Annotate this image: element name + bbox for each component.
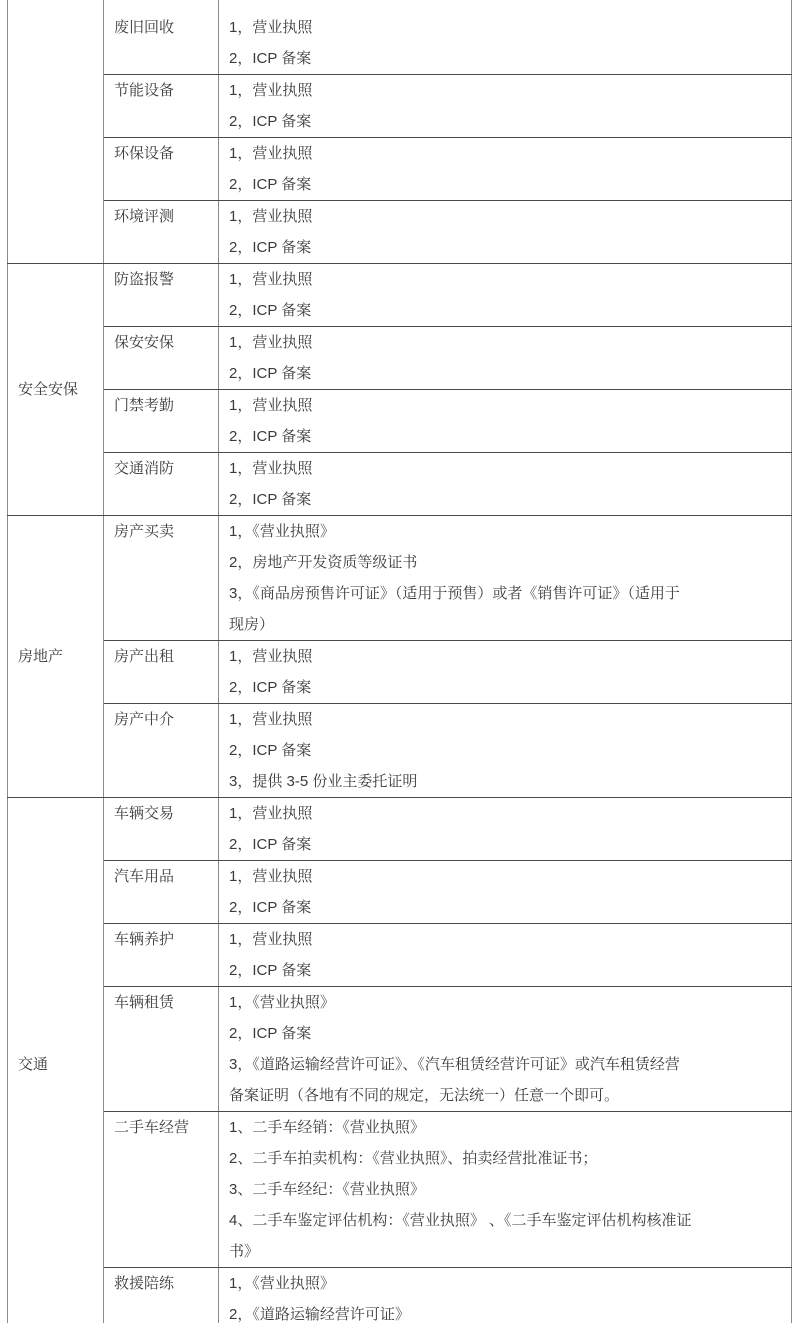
requirements-cell: 1，营业执照2，ICP 备案: [219, 924, 792, 987]
document-page: 废旧回收1，营业执照2，ICP 备案节能设备1，营业执照2，ICP 备案环保设备…: [0, 0, 800, 1323]
requirements-cell: 1，营业执照2，ICP 备案: [219, 861, 792, 924]
requirement-item: 3、二手车经纪：《营业执照》: [229, 1174, 783, 1205]
service-cell: 房产中介: [104, 704, 219, 798]
requirement-item: 1，《营业执照》: [229, 516, 783, 547]
service-cell: 车辆租赁: [104, 987, 219, 1112]
requirement-item: 1，营业执照: [229, 264, 783, 295]
requirement-item: 1、二手车经销：《营业执照》: [229, 1112, 783, 1143]
table-row: 保安安保1，营业执照2，ICP 备案: [8, 327, 792, 390]
service-cell: 车辆交易: [104, 798, 219, 861]
requirement-item: 2，ICP 备案: [229, 106, 783, 137]
requirements-cell: 1，营业执照2，ICP 备案: [219, 0, 792, 75]
requirement-item: 2，ICP 备案: [229, 672, 783, 703]
requirement-item: 1，营业执照: [229, 390, 783, 421]
requirement-item: 2，ICP 备案: [229, 484, 783, 515]
table-row: 房产中介1，营业执照2，ICP 备案3，提供 3-5 份业主委托证明: [8, 704, 792, 798]
requirement-item: 2、二手车拍卖机构：《营业执照》、拍卖经营批准证书；: [229, 1143, 783, 1174]
requirement-item: 2，ICP 备案: [229, 421, 783, 452]
requirement-item: 2，ICP 备案: [229, 232, 783, 263]
requirement-item: 1，《营业执照》: [229, 1268, 783, 1299]
table-row: 节能设备1，营业执照2，ICP 备案: [8, 75, 792, 138]
requirement-item: 2，ICP 备案: [229, 295, 783, 326]
table-row: 门禁考勤1，营业执照2，ICP 备案: [8, 390, 792, 453]
table-row: 交通车辆交易1，营业执照2，ICP 备案: [8, 798, 792, 861]
table-row: 交通消防1，营业执照2，ICP 备案: [8, 453, 792, 516]
requirement-item: 2，ICP 备案: [229, 892, 783, 923]
category-cell: [8, 0, 104, 264]
category-cell: 房地产: [8, 516, 104, 798]
requirement-item: 1，营业执照: [229, 327, 783, 358]
requirement-item: 1，营业执照: [229, 924, 783, 955]
qualification-requirements-table: 废旧回收1，营业执照2，ICP 备案节能设备1，营业执照2，ICP 备案环保设备…: [7, 0, 792, 1323]
service-cell: 环保设备: [104, 138, 219, 201]
requirement-item: 2，ICP 备案: [229, 955, 783, 986]
service-cell: 废旧回收: [104, 0, 219, 75]
requirement-item: 2，《道路运输经营许可证》: [229, 1299, 783, 1323]
requirements-cell: 1，营业执照2，ICP 备案: [219, 798, 792, 861]
requirement-item: 2，ICP 备案: [229, 735, 783, 766]
requirement-item: 1，营业执照: [229, 861, 783, 892]
requirement-item: 1，营业执照: [229, 12, 783, 43]
requirement-item: 3，提供 3-5 份业主委托证明: [229, 766, 783, 797]
requirements-cell: 1，营业执照2，ICP 备案3，提供 3-5 份业主委托证明: [219, 704, 792, 798]
requirements-cell: 1，营业执照2，ICP 备案: [219, 264, 792, 327]
table-row: 房产出租1，营业执照2，ICP 备案: [8, 641, 792, 704]
requirement-item: 1，营业执照: [229, 201, 783, 232]
table-row: 二手车经营1、二手车经销：《营业执照》2、二手车拍卖机构：《营业执照》、拍卖经营…: [8, 1112, 792, 1268]
table-row: 车辆养护1，营业执照2，ICP 备案: [8, 924, 792, 987]
requirements-cell: 1，《营业执照》2，ICP 备案3，《道路运输经营许可证》、《汽车租赁经营许可证…: [219, 987, 792, 1112]
service-cell: 交通消防: [104, 453, 219, 516]
requirements-cell: 1，营业执照2，ICP 备案: [219, 201, 792, 264]
requirements-cell: 1，营业执照2，ICP 备案: [219, 641, 792, 704]
service-cell: 门禁考勤: [104, 390, 219, 453]
table-row: 环保设备1，营业执照2，ICP 备案: [8, 138, 792, 201]
requirements-cell: 1，《营业执照》2，房地产开发资质等级证书3，《商品房预售许可证》（适用于预售）…: [219, 516, 792, 641]
table-row: 废旧回收1，营业执照2，ICP 备案: [8, 0, 792, 75]
requirements-cell: 1，营业执照2，ICP 备案: [219, 75, 792, 138]
requirement-item: 2，房地产开发资质等级证书: [229, 547, 783, 578]
table-row: 环境评测1，营业执照2，ICP 备案: [8, 201, 792, 264]
service-cell: 房产出租: [104, 641, 219, 704]
requirement-item: 1，营业执照: [229, 798, 783, 829]
requirements-cell: 1，《营业执照》2，《道路运输经营许可证》: [219, 1268, 792, 1323]
requirement-item: 1，《营业执照》: [229, 987, 783, 1018]
requirement-item: 1，营业执照: [229, 453, 783, 484]
requirement-item: 3，《道路运输经营许可证》、《汽车租赁经营许可证》或汽车租赁经营 备案证明（各地…: [229, 1049, 783, 1111]
requirement-item: 4、二手车鉴定评估机构：《营业执照》 、《二手车鉴定评估机构核准证 书》: [229, 1205, 783, 1267]
table-row: 房地产房产买卖1，《营业执照》2，房地产开发资质等级证书3，《商品房预售许可证》…: [8, 516, 792, 641]
table-row: 车辆租赁1，《营业执照》2，ICP 备案3，《道路运输经营许可证》、《汽车租赁经…: [8, 987, 792, 1112]
requirement-item: 2，ICP 备案: [229, 43, 783, 74]
service-cell: 救援陪练: [104, 1268, 219, 1323]
requirement-item: 2，ICP 备案: [229, 358, 783, 389]
requirement-item: 3，《商品房预售许可证》（适用于预售）或者《销售许可证》（适用于 现房）: [229, 578, 783, 640]
service-cell: 房产买卖: [104, 516, 219, 641]
table-row: 汽车用品1，营业执照2，ICP 备案: [8, 861, 792, 924]
requirement-item: 2，ICP 备案: [229, 169, 783, 200]
requirement-item: 1，营业执照: [229, 75, 783, 106]
table-row: 救援陪练1，《营业执照》2，《道路运输经营许可证》: [8, 1268, 792, 1323]
requirement-item: 2，ICP 备案: [229, 829, 783, 860]
service-cell: 保安安保: [104, 327, 219, 390]
service-cell: 车辆养护: [104, 924, 219, 987]
service-cell: 节能设备: [104, 75, 219, 138]
requirements-cell: 1，营业执照2，ICP 备案: [219, 390, 792, 453]
category-cell: 安全安保: [8, 264, 104, 516]
requirements-cell: 1、二手车经销：《营业执照》2、二手车拍卖机构：《营业执照》、拍卖经营批准证书；…: [219, 1112, 792, 1268]
requirement-item: 1，营业执照: [229, 704, 783, 735]
requirements-cell: 1，营业执照2，ICP 备案: [219, 453, 792, 516]
table-body: 废旧回收1，营业执照2，ICP 备案节能设备1，营业执照2，ICP 备案环保设备…: [8, 0, 792, 1323]
requirement-item: 2，ICP 备案: [229, 1018, 783, 1049]
service-cell: 防盗报警: [104, 264, 219, 327]
service-cell: 二手车经营: [104, 1112, 219, 1268]
table-row: 安全安保防盗报警1，营业执照2，ICP 备案: [8, 264, 792, 327]
requirements-cell: 1，营业执照2，ICP 备案: [219, 327, 792, 390]
category-cell: 交通: [8, 798, 104, 1323]
requirement-item: 1，营业执照: [229, 641, 783, 672]
service-cell: 汽车用品: [104, 861, 219, 924]
requirement-item: 1，营业执照: [229, 138, 783, 169]
service-cell: 环境评测: [104, 201, 219, 264]
requirements-cell: 1，营业执照2，ICP 备案: [219, 138, 792, 201]
